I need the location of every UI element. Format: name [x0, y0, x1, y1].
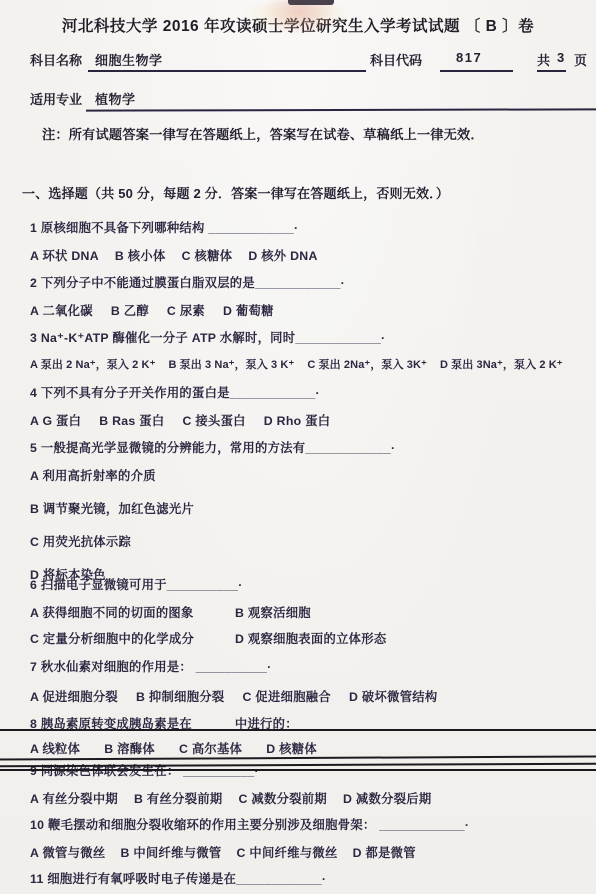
exam-paper-page: 河北科技大学 2016 年攻读硕士学位研究生入学考试试题 〔 B 〕卷 科目名称… [0, 0, 596, 894]
question-3-option-d: D 泵出 3Na⁺，泵入 2 K⁺ [440, 356, 563, 372]
question-8-option-c: C 高尔基体 [179, 739, 242, 757]
subject-name-underline [88, 70, 366, 72]
question-9-option-d: D 减数分裂后期 [343, 789, 431, 807]
question-2-stem: 2 下列分子中不能通过膜蛋白脂双层的是____________· [30, 273, 345, 291]
question-6-option-a: A 获得细胞不同的切面的图象 [30, 603, 235, 621]
section-heading: 一、选择题（共 50 分，每题 2 分．答案一律写在答题纸上，否则无效．） [22, 183, 449, 202]
question-2-option-d: D 葡萄糖 [223, 301, 274, 319]
notice-text: 注：所有试题答案一律写在答题纸上，答案写在试卷、草稿纸上一律无效． [42, 124, 484, 143]
question-2-option-c: C 尿素 [167, 301, 205, 319]
subject-code-label: 科目代码 [370, 50, 422, 69]
scan-smudge-dark [288, 0, 334, 5]
question-4-option-d: D Rho 蛋白 [264, 411, 331, 429]
question-4-option-b: B Ras 蛋白 [99, 411, 164, 429]
question-7-option-c: C 促进细胞融合 [243, 687, 331, 705]
question-8-option-d: D 核糖体 [266, 739, 317, 757]
question-3-option-b: B 泵出 3 Na⁺，泵入 3 K⁺ [168, 356, 294, 372]
question-9-option-c: C 减数分裂前期 [239, 789, 327, 807]
question-5-option-b: B 调节聚光镜，加红色滤光片 [30, 499, 194, 517]
question-10-option-b: B 中间纤维与微管 [120, 843, 221, 861]
scan-artifact-line-4 [0, 769, 596, 771]
question-6-options-row-2: C 定量分析细胞中的化学成分 D 观察细胞表面的立体形态 [30, 629, 386, 647]
question-1-stem: 1 原核细胞不具备下列哪种结构 ____________· [30, 218, 298, 236]
question-6-option-b: B 观察活细胞 [235, 603, 311, 621]
question-2-option-a: A 二氧化碳 [30, 301, 93, 319]
scan-artifact-line-1 [0, 729, 596, 731]
question-5-stem: 5 一般提高光学显微镜的分辨能力，常用的方法有____________· [30, 438, 395, 456]
question-9-options: A 有丝分裂中期 B 有丝分裂前期 C 减数分裂前期 D 减数分裂后期 [30, 789, 431, 807]
scan-smudge-pink [262, 0, 338, 36]
question-5-options: A 利用高折射率的介质 B 调节聚光镜，加红色滤光片 C 用荧光抗体示踪 D 将… [30, 466, 194, 583]
question-7-option-a: A 促进细胞分裂 [30, 687, 118, 705]
question-10-option-d: D 都是微管 [353, 843, 416, 861]
subject-name-label: 科目名称 [30, 50, 82, 69]
total-pages-value: 3 [557, 50, 565, 65]
question-1-option-c: C 核糖体 [182, 246, 233, 264]
question-9-option-a: A 有丝分裂中期 [30, 789, 118, 807]
question-4-option-a: A G 蛋白 [30, 411, 81, 429]
question-1-option-a: A 环状 DNA [30, 246, 99, 264]
total-pages-underline [537, 70, 566, 72]
question-3-option-c: C 泵出 2Na⁺，泵入 3K⁺ [307, 356, 427, 372]
question-5-option-a: A 利用高折射率的介质 [30, 466, 194, 484]
question-5-option-c: C 用荧光抗体示踪 [30, 532, 194, 550]
total-label: 共 [537, 50, 550, 69]
question-4-option-c: C 接头蛋白 [182, 411, 245, 429]
page-unit-label: 页 [574, 50, 587, 69]
question-6-option-c: C 定量分析细胞中的化学成分 [30, 629, 235, 647]
question-10-options: A 微管与微丝 B 中间纤维与微管 C 中间纤维与微丝 D 都是微管 [30, 843, 416, 861]
question-8-option-a: A 线粒体 [30, 739, 80, 757]
major-underline [86, 108, 596, 111]
question-4-stem: 4 下列不具有分子开关作用的蛋白是____________· [30, 383, 320, 401]
question-1-option-d: D 核外 DNA [248, 246, 317, 264]
question-8-options: A 线粒体 B 溶酶体 C 高尔基体 D 核糖体 [30, 739, 317, 757]
question-9-option-b: B 有丝分裂前期 [134, 789, 222, 807]
question-6-option-d: D 观察细胞表面的立体形态 [235, 629, 386, 647]
question-8-option-b: B 溶酶体 [104, 739, 155, 757]
subject-name-value: 细胞生物学 [95, 50, 163, 69]
question-3-options: A 泵出 2 Na⁺，泵入 2 K⁺ B 泵出 3 Na⁺，泵入 3 K⁺ C … [30, 356, 563, 372]
question-7-option-d: D 破坏微管结构 [349, 687, 437, 705]
question-10-option-a: A 微管与微丝 [30, 843, 105, 861]
question-11-stem: 11 细胞进行有氧呼吸时电子传递是在____________· [30, 869, 326, 887]
question-6-stem: 6 扫描电子显微镜可用于__________· [30, 575, 243, 593]
question-7-options: A 促进细胞分裂 B 抑制细胞分裂 C 促进细胞融合 D 破坏微管结构 [30, 687, 437, 705]
question-4-options: A G 蛋白 B Ras 蛋白 C 接头蛋白 D Rho 蛋白 [30, 411, 330, 429]
question-1-options: A 环状 DNA B 核小体 C 核糖体 D 核外 DNA [30, 246, 318, 264]
subject-code-value: 817 [456, 50, 482, 65]
question-6-options-row-1: A 获得细胞不同的切面的图象 B 观察活细胞 [30, 603, 311, 621]
question-3-stem: 3 Na⁺-K⁺ATP 酶催化一分子 ATP 水解时，同时___________… [30, 328, 385, 346]
question-10-option-c: C 中间纤维与微丝 [237, 843, 338, 861]
question-7-option-b: B 抑制细胞分裂 [136, 687, 224, 705]
question-1-option-b: B 核小体 [115, 246, 166, 264]
question-3-option-a: A 泵出 2 Na⁺，泵入 2 K⁺ [30, 356, 155, 372]
question-7-stem: 7 秋水仙素对细胞的作用是： __________· [30, 657, 272, 675]
question-2-option-b: B 乙醇 [111, 301, 149, 319]
major-value: 植物学 [95, 89, 136, 108]
major-label: 适用专业 [30, 89, 82, 108]
subject-code-underline [440, 70, 513, 72]
question-10-stem: 10 鞭毛摆动和细胞分裂收缩环的作用主要分别涉及细胞骨架： __________… [30, 815, 469, 833]
question-2-options: A 二氧化碳 B 乙醇 C 尿素 D 葡萄糖 [30, 301, 274, 319]
